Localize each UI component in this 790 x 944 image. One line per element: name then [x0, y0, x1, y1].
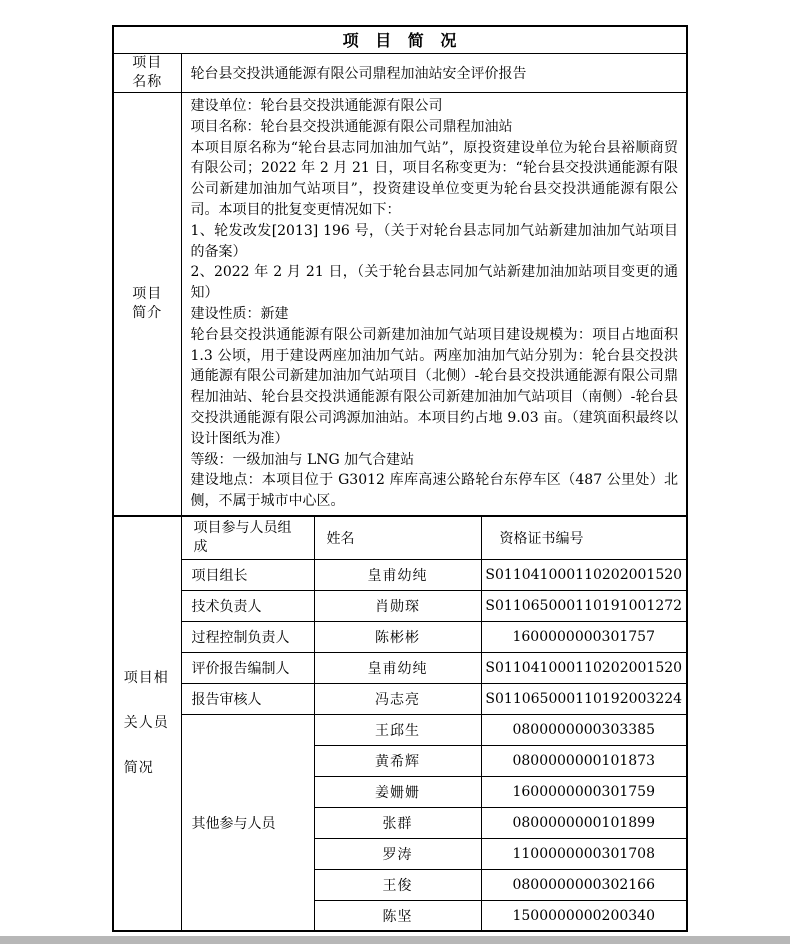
document-page: { "table": { "title": "项 目 简 况", "projec… — [0, 0, 790, 944]
project-name-value: 轮台县交投洪通能源有限公司鼎程加油站安全评价报告 — [181, 54, 687, 93]
intro-line: 本项目原名称为“轮台县志同加油加气站”，原投资建设单位为轮台县裕顺商贸有限公司；… — [191, 138, 679, 221]
page-bottom-edge — [0, 936, 790, 944]
member-role: 项目组长 — [181, 559, 314, 590]
personnel-section-label-text: 项目相关人员简况 — [124, 656, 171, 791]
member-cert: 1600000000301757 — [481, 621, 687, 652]
member-name: 姜姗姗 — [314, 776, 481, 807]
intro-line: 项目名称：轮台县交投洪通能源有限公司鼎程加油站 — [191, 117, 679, 138]
member-cert: 0800000000302166 — [481, 869, 687, 900]
intro-line: 等级：一级加油与 LNG 加气合建站 — [191, 450, 679, 471]
member-name: 冯志亮 — [314, 683, 481, 714]
member-role: 其他参与人员 — [181, 714, 314, 931]
member-name: 皇甫幼纯 — [314, 559, 481, 590]
table-row: 其他参与人员 王邱生 0800000000303385 — [113, 714, 687, 745]
member-name: 陈彬彬 — [314, 621, 481, 652]
member-cert: S011065000110191001272 — [481, 590, 687, 621]
table-title: 项 目 简 况 — [113, 26, 687, 54]
intro-line: 建设单位：轮台县交投洪通能源有限公司 — [191, 96, 679, 117]
member-role: 过程控制负责人 — [181, 621, 314, 652]
personnel-section-label: 项目相关人员简况 — [113, 516, 181, 932]
member-name: 张群 — [314, 807, 481, 838]
member-role: 评价报告编制人 — [181, 652, 314, 683]
cert-header: 资格证书编号 — [481, 516, 687, 560]
member-name: 肖勋琛 — [314, 590, 481, 621]
member-cert: 1500000000200340 — [481, 900, 687, 931]
member-cert: S011041000110202001520 — [481, 559, 687, 590]
table-row: 项目简介 建设单位：轮台县交投洪通能源有限公司 项目名称：轮台县交投洪通能源有限… — [113, 93, 687, 516]
table-row: 报告审核人 冯志亮 S011065000110192003224 — [113, 683, 687, 714]
member-cert: 0800000000303385 — [481, 714, 687, 745]
composition-header: 项目参与人员组成 — [181, 516, 314, 560]
project-intro-content: 建设单位：轮台县交投洪通能源有限公司 项目名称：轮台县交投洪通能源有限公司鼎程加… — [181, 93, 687, 516]
project-name-label: 项目名称 — [113, 54, 181, 93]
intro-line: 建设地点：本项目位于 G3012 库库高速公路轮台东停车区（487 公里处）北侧… — [191, 470, 679, 512]
name-header: 姓名 — [314, 516, 481, 560]
member-role: 技术负责人 — [181, 590, 314, 621]
member-cert: 0800000000101899 — [481, 807, 687, 838]
table-row: 项目组长 皇甫幼纯 S011041000110202001520 — [113, 559, 687, 590]
table-header-row: 项目相关人员简况 项目参与人员组成 姓名 资格证书编号 — [113, 516, 687, 560]
intro-line: 2、2022 年 2 月 21 日，（关于轮台县志同加气站新建加油加站项目变更的… — [191, 262, 679, 304]
member-name: 王俊 — [314, 869, 481, 900]
project-intro-label-text: 项目简介 — [132, 285, 162, 323]
intro-line: 轮台县交投洪通能源有限公司新建加油加气站项目建设规模为：项目占地面积 1.3 公… — [191, 325, 679, 450]
project-intro-label: 项目简介 — [113, 93, 181, 516]
table-row: 项目名称 轮台县交投洪通能源有限公司鼎程加油站安全评价报告 — [113, 54, 687, 93]
member-cert: 0800000000101873 — [481, 745, 687, 776]
report-summary-table: 项 目 简 况 项目名称 轮台县交投洪通能源有限公司鼎程加油站安全评价报告 项目… — [112, 25, 686, 932]
member-cert: S011065000110192003224 — [481, 683, 687, 714]
member-name: 陈坚 — [314, 900, 481, 931]
member-role: 报告审核人 — [181, 683, 314, 714]
intro-line: 建设性质：新建 — [191, 304, 679, 325]
table-row: 项 目 简 况 — [113, 26, 687, 54]
member-cert: 1100000000301708 — [481, 838, 687, 869]
project-name-label-text: 项目名称 — [132, 54, 162, 92]
member-cert: 1600000000301759 — [481, 776, 687, 807]
project-overview-table: 项 目 简 况 项目名称 轮台县交投洪通能源有限公司鼎程加油站安全评价报告 项目… — [112, 25, 688, 517]
personnel-table: 项目相关人员简况 项目参与人员组成 姓名 资格证书编号 项目组长 皇甫幼纯 S0… — [112, 515, 688, 933]
member-name: 黄希辉 — [314, 745, 481, 776]
member-name: 罗涛 — [314, 838, 481, 869]
member-name: 王邱生 — [314, 714, 481, 745]
member-cert: S011041000110202001520 — [481, 652, 687, 683]
table-row: 过程控制负责人 陈彬彬 1600000000301757 — [113, 621, 687, 652]
intro-line: 1、轮发改发[2013] 196 号，（关于对轮台县志同加气站新建加油加气站项目… — [191, 221, 679, 263]
table-row: 技术负责人 肖勋琛 S011065000110191001272 — [113, 590, 687, 621]
table-row: 评价报告编制人 皇甫幼纯 S011041000110202001520 — [113, 652, 687, 683]
member-name: 皇甫幼纯 — [314, 652, 481, 683]
